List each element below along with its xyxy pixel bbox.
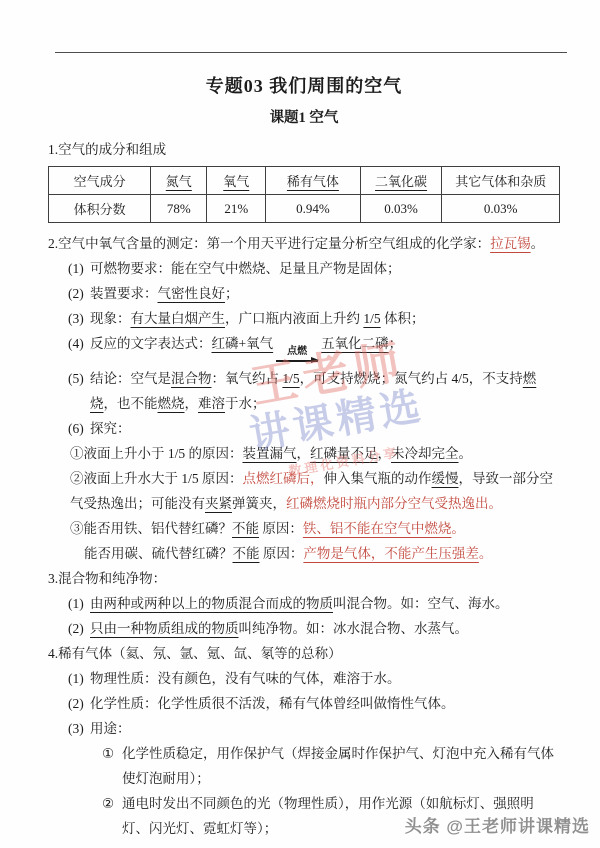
answer-text: 夹紧: [205, 496, 232, 511]
text-run: 装置要求：: [90, 286, 158, 301]
answer-text: 气密性良好: [158, 286, 226, 301]
text-run: 化学性质稳定，用作保护气（焊接金属时作保护气、灯泡中充入稀有气体使灯泡耐用）；: [122, 746, 554, 786]
list-marker: (2): [68, 691, 84, 716]
text-line: (2)装置要求：气密性良好；: [48, 281, 560, 306]
text-run: ，: [185, 396, 199, 411]
answer-text: 难溶: [198, 396, 225, 411]
document-page: 专题03 我们周围的空气 课题1 空气 1.空气的成分和组成空气成分氮气氧气稀有…: [0, 0, 600, 848]
toutiao-credit: 头条 @王老师讲课精选: [405, 812, 590, 837]
doc-blocks: 1.空气的成分和组成空气成分氮气氧气稀有气体二氧化碳其它气体和杂质体积分数78%…: [48, 137, 560, 841]
list-marker: (1): [68, 666, 84, 691]
text-run: ：氧气约占: [212, 371, 283, 386]
text-line: (3)现象：有大量白烟产生，广口瓶内液面上升约 1/5 体积；: [48, 306, 560, 331]
text-run: ，也不能: [104, 396, 158, 411]
text-run: 红磷燃烧时瓶内部分空气受热逸出: [286, 496, 489, 511]
text-line: (1)由两种或两种以上的物质混合而成的物质叫混合物。如：空气、海水。: [48, 591, 560, 616]
text-line: (5)结论：空气是混合物：氧气约占 1/5，可支持燃烧；氮气约占 4/5，不支持…: [48, 366, 560, 416]
text-line: (4)反应的文字表达式：红磷+氧气点燃五氧化二磷；: [48, 331, 560, 366]
text-run: ①液面上升小于 1/5 的原因：: [70, 446, 243, 461]
table-cell: 78%: [151, 195, 207, 223]
text-run: 。: [459, 446, 473, 461]
list-marker: (3): [68, 716, 84, 741]
list-marker: (3): [68, 306, 84, 331]
text-run: 弹簧夹，: [232, 496, 286, 511]
text-run: 3.混合物和纯净物：: [48, 571, 166, 586]
right-arrow-icon: [276, 360, 318, 362]
text-run: 1.空气的成分和组成: [48, 142, 166, 157]
text-line: 3.混合物和纯净物：: [48, 566, 560, 591]
answer-text: 稀有气体: [287, 174, 339, 189]
text-line: ①化学性质稳定，用作保护气（焊接金属时作保护气、灯泡中充入稀有气体使灯泡耐用）；: [48, 741, 560, 791]
text-run: 反应的文字表达式：: [90, 336, 212, 351]
answer-text: 只由一种物质组成的物质: [90, 621, 239, 636]
text-run: 结论：空气是: [90, 371, 171, 386]
text-run: ；: [225, 286, 239, 301]
list-marker: (1): [68, 591, 84, 616]
text-run: 伸入集气瓶的动作: [324, 471, 432, 486]
answer-text: 氧气: [223, 174, 249, 189]
text-run: 原因：: [260, 546, 304, 561]
text-run: 探究：: [90, 421, 131, 436]
text-run: ，可支持燃烧；氮气约占 4/5，不支持: [300, 371, 523, 386]
answer-text: 不能: [233, 546, 260, 561]
text-line: ①液面上升小于 1/5 的原因：装置漏气，红磷量不足，未冷却完全。: [48, 441, 560, 466]
table-cell: 空气成分: [49, 167, 151, 195]
text-run: 用途：: [90, 721, 131, 736]
text-run: 4.稀有气体（氦、氖、氩、氪、氙、氡等的总称）: [48, 646, 342, 661]
answer-text: 有大量白烟产生: [131, 311, 226, 326]
text-run: ，广口瓶内液面上升约: [225, 311, 363, 326]
table-row: 空气成分氮气氧气稀有气体二氧化碳其它气体和杂质: [49, 167, 560, 195]
header-rule: [55, 52, 567, 53]
document-body: 专题03 我们周围的空气 课题1 空气 1.空气的成分和组成空气成分氮气氧气稀有…: [48, 64, 560, 841]
section-heading: 1.空气的成分和组成: [48, 137, 560, 162]
text-run: ，: [297, 446, 311, 461]
text-run: 化学性质：化学性质很不活泼，稀有气体曾经叫做惰性气体。: [90, 696, 455, 711]
arrow-condition-label: 点燃: [287, 347, 307, 357]
table-cell: 0.03%: [442, 195, 560, 223]
list-marker: (4): [68, 331, 84, 356]
answer-text: 拉瓦锡: [490, 236, 531, 251]
answer-text: 红磷+氧气: [212, 336, 274, 351]
answer-text: 由两种或两种以上的物质混合而成的物质: [90, 596, 333, 611]
table-row: 体积分数78%21%0.94%0.03%0.03%: [49, 195, 560, 223]
table-cell: 0.03%: [360, 195, 442, 223]
text-line: (1)可燃物要求：能在空气中燃烧、足量且产物是固体；: [48, 256, 560, 281]
list-marker: ②: [102, 791, 114, 816]
text-run: ③能否用铁、铝代替红磷？: [70, 521, 232, 536]
answer-text: 1/5: [363, 311, 380, 326]
air-composition-table: 空气成分氮气氧气稀有气体二氧化碳其它气体和杂质体积分数78%21%0.94%0.…: [48, 166, 560, 223]
text-run: 能否用碳、硫代替红磷？: [84, 546, 233, 561]
reaction-condition-arrow: 点燃: [276, 347, 318, 366]
text-line: (2)只由一种物质组成的物质叫纯净物。如：冰水混合物、水蒸气。: [48, 616, 560, 641]
text-run: 。: [489, 496, 503, 511]
text-run: 2.空气中氧气含量的测定：第一个用天平进行定量分析空气组成的化学家：: [48, 236, 490, 251]
text-run: 于水；: [225, 396, 266, 411]
answer-text: 混合物: [171, 371, 212, 386]
table-cell: 0.94%: [266, 195, 361, 223]
text-run: 空气成分: [74, 174, 126, 189]
list-marker: ①: [102, 741, 114, 766]
list-marker: (5): [68, 366, 84, 391]
text-run: 其它气体和杂质: [455, 174, 546, 189]
answer-text: 燃烧: [158, 396, 185, 411]
doc-title: 专题03 我们周围的空气: [48, 72, 560, 98]
table-cell: 二氧化碳: [360, 167, 442, 195]
table-cell: 其它气体和杂质: [442, 167, 560, 195]
text-line: 2.空气中氧气含量的测定：第一个用天平进行定量分析空气组成的化学家：拉瓦锡。: [48, 231, 560, 256]
text-run: 物理性质：没有颜色，没有气味的气体，难溶于水。: [90, 671, 401, 686]
answer-text: 缓慢: [432, 471, 459, 486]
table-cell: 稀有气体: [266, 167, 361, 195]
answer-text: 红磷量不足: [310, 446, 378, 461]
text-run: ②液面上升水大于 1/5 原因：: [70, 471, 243, 486]
text-run: 。: [451, 521, 465, 536]
text-run: 体积；: [381, 311, 425, 326]
text-line: (1)物理性质：没有颜色，没有气味的气体，难溶于水。: [48, 666, 560, 691]
text-line: 4.稀有气体（氦、氖、氩、氪、氙、氡等的总称）: [48, 641, 560, 666]
answer-text: 1/5: [282, 371, 299, 386]
answer-text: 氮气: [166, 174, 192, 189]
table-cell: 氮气: [151, 167, 207, 195]
text-line: 能否用碳、硫代替红磷？不能 原因：产物是气体，不能产生压强差。: [48, 541, 560, 566]
text-run: 。: [479, 546, 493, 561]
answer-text: 装置漏气: [243, 446, 297, 461]
text-run: 0.94%: [296, 201, 330, 216]
text-run: 点燃红磷后，: [243, 471, 324, 486]
text-run: 0.03%: [484, 201, 518, 216]
answer-text: 五氧化二磷: [321, 336, 389, 351]
text-run: 可燃物要求：能在空气中燃烧、足量且产物是固体；: [90, 261, 401, 276]
answer-text: 铁、铝不能在空气中燃烧: [303, 521, 452, 536]
answer-text: 不能: [232, 521, 259, 536]
text-run: 现象：: [90, 311, 131, 326]
text-run: 叫纯净物。如：冰水混合物、水蒸气。: [239, 621, 469, 636]
doc-subtitle: 课题1 空气: [48, 106, 560, 127]
text-run: 78%: [167, 201, 191, 216]
table-cell: 体积分数: [49, 195, 151, 223]
text-run: 原因：: [259, 521, 303, 536]
text-run: 体积分数: [74, 202, 126, 217]
text-run: 叫混合物。如：空气、海水。: [333, 596, 509, 611]
text-line: (6)探究：: [48, 416, 560, 441]
answer-text: 未冷却完全: [391, 446, 459, 461]
table-cell: 氧气: [207, 167, 266, 195]
text-line: ③能否用铁、铝代替红磷？不能 原因：铁、铝不能在空气中燃烧。: [48, 516, 560, 541]
text-run: ，: [378, 446, 392, 461]
text-run: 。: [531, 236, 545, 251]
text-line: (2)化学性质：化学性质很不活泼，稀有气体曾经叫做惰性气体。: [48, 691, 560, 716]
list-marker: (2): [68, 281, 84, 306]
answer-text: 二氧化碳: [375, 174, 427, 189]
text-run: ；: [389, 336, 403, 351]
text-line: (3)用途：: [48, 716, 560, 741]
list-marker: (2): [68, 616, 84, 641]
text-run: 0.03%: [384, 201, 418, 216]
list-marker: (6): [68, 416, 84, 441]
text-line: ②液面上升水大于 1/5 原因：点燃红磷后，伸入集气瓶的动作缓慢，导致一部分空气…: [48, 466, 560, 516]
answer-text: 产物是气体，不能产生压强差: [303, 546, 479, 561]
text-run: 21%: [224, 201, 248, 216]
table-cell: 21%: [207, 195, 266, 223]
list-marker: (1): [68, 256, 84, 281]
